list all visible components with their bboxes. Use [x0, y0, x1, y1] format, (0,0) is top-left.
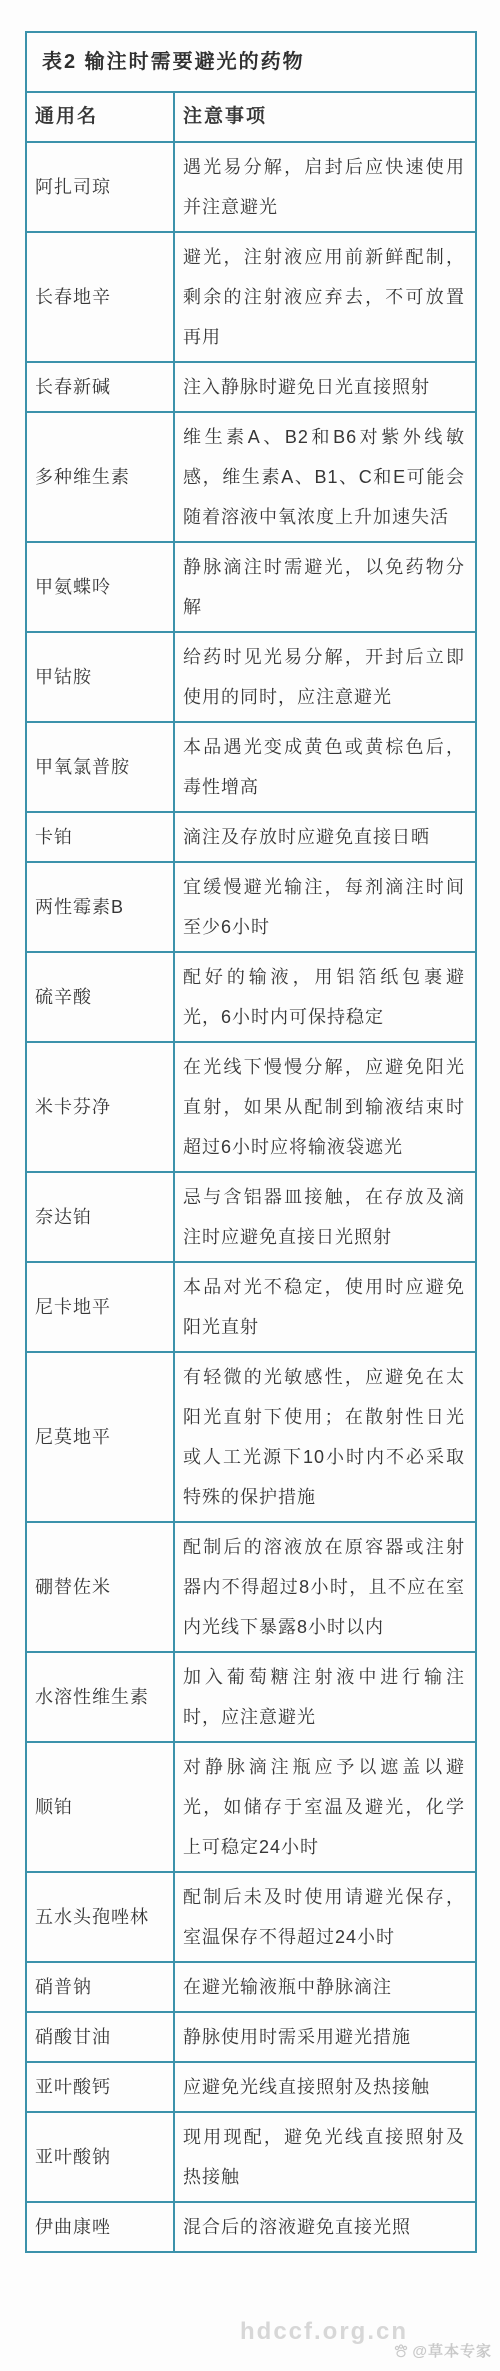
table-row: 硼替佐米 配制后的溶液放在原容器或注射器内不得超过8小时，且不应在室内光线下暴露… — [26, 1522, 476, 1652]
table-row: 硝普钠 在避光输液瓶中静脉滴注 — [26, 1962, 476, 2012]
drug-note-cell: 给药时见光易分解，开封后立即使用的同时，应注意避光 — [174, 632, 476, 722]
drug-note-cell: 有轻微的光敏感性，应避免在太阳光直射下使用；在散射性日光或人工光源下10小时内不… — [174, 1352, 476, 1522]
drug-note-cell: 现用现配，避免光线直接照射及热接触 — [174, 2112, 476, 2202]
drug-note-cell: 加入葡萄糖注射液中进行输注时，应注意避光 — [174, 1652, 476, 1742]
drug-note-cell: 宜缓慢避光输注，每剂滴注时间至少6小时 — [174, 862, 476, 952]
drug-name-cell: 长春新碱 — [26, 362, 174, 412]
paw-icon — [393, 2343, 409, 2359]
drug-note-cell: 配好的输液，用铝箔纸包裹避光，6小时内可保持稳定 — [174, 952, 476, 1042]
table-row: 两性霉素B 宜缓慢避光输注，每剂滴注时间至少6小时 — [26, 862, 476, 952]
drug-note-cell: 本品遇光变成黄色或黄棕色后，毒性增高 — [174, 722, 476, 812]
drug-note-cell: 应避免光线直接照射及热接触 — [174, 2062, 476, 2112]
drug-name-cell: 长春地辛 — [26, 232, 174, 362]
drug-name-cell: 五水头孢唑林 — [26, 1872, 174, 1962]
table-row: 硝酸甘油 静脉使用时需采用避光措施 — [26, 2012, 476, 2062]
drug-name-cell: 硼替佐米 — [26, 1522, 174, 1652]
table-row: 奈达铂 忌与含铝器皿接触，在存放及滴注时应避免直接日光照射 — [26, 1172, 476, 1262]
drug-note-cell: 静脉使用时需采用避光措施 — [174, 2012, 476, 2062]
table-row: 阿扎司琼 遇光易分解，启封后应快速使用并注意避光 — [26, 142, 476, 232]
drug-name-cell: 甲钴胺 — [26, 632, 174, 722]
table-row: 伊曲康唑 混合后的溶液避免直接光照 — [26, 2202, 476, 2252]
drug-note-cell: 对静脉滴注瓶应予以遮盖以避光，如储存于室温及避光，化学上可稳定24小时 — [174, 1742, 476, 1872]
table-row: 尼卡地平 本品对光不稳定，使用时应避免阳光直射 — [26, 1262, 476, 1352]
drug-name-cell: 尼卡地平 — [26, 1262, 174, 1352]
table-row: 硫辛酸 配好的输液，用铝箔纸包裹避光，6小时内可保持稳定 — [26, 952, 476, 1042]
drug-note-cell: 静脉滴注时需避光，以免药物分解 — [174, 542, 476, 632]
drug-note-cell: 配制后未及时使用请避光保存，室温保存不得超过24小时 — [174, 1872, 476, 1962]
drug-name-cell: 甲氧氯普胺 — [26, 722, 174, 812]
table-row: 甲钴胺 给药时见光易分解，开封后立即使用的同时，应注意避光 — [26, 632, 476, 722]
drug-name-cell: 奈达铂 — [26, 1172, 174, 1262]
drug-table-body: 阿扎司琼 遇光易分解，启封后应快速使用并注意避光 长春地辛 避光，注射液应用前新… — [26, 142, 476, 2252]
table-row: 甲氨蝶呤 静脉滴注时需避光，以免药物分解 — [26, 542, 476, 632]
table-title: 表2 输注时需要避光的药物 — [26, 32, 476, 92]
drug-name-cell: 卡铂 — [26, 812, 174, 862]
table-row: 甲氧氯普胺 本品遇光变成黄色或黄棕色后，毒性增高 — [26, 722, 476, 812]
drug-note-cell: 避光，注射液应用前新鲜配制，剩余的注射液应弃去，不可放置再用 — [174, 232, 476, 362]
credit-badge: @草本专家 — [393, 2340, 492, 2361]
drug-name-cell: 多种维生素 — [26, 412, 174, 542]
drug-name-cell: 亚叶酸钠 — [26, 2112, 174, 2202]
table-row: 五水头孢唑林 配制后未及时使用请避光保存，室温保存不得超过24小时 — [26, 1872, 476, 1962]
drug-name-cell: 水溶性维生素 — [26, 1652, 174, 1742]
table-row: 卡铂 滴注及存放时应避免直接日晒 — [26, 812, 476, 862]
col-header-generic-name: 通用名 — [26, 92, 174, 142]
watermark: hdccf.org.cn — [240, 2318, 408, 2346]
drug-name-cell: 硫辛酸 — [26, 952, 174, 1042]
drug-note-cell: 遇光易分解，启封后应快速使用并注意避光 — [174, 142, 476, 232]
table-row: 亚叶酸钙 应避免光线直接照射及热接触 — [26, 2062, 476, 2112]
table-row: 米卡芬净 在光线下慢慢分解，应避免阳光直射，如果从配制到输液结束时超过6小时应将… — [26, 1042, 476, 1172]
drug-name-cell: 硝酸甘油 — [26, 2012, 174, 2062]
table-header-row: 通用名 注意事项 — [26, 92, 476, 142]
drug-name-cell: 甲氨蝶呤 — [26, 542, 174, 632]
drug-note-cell: 维生素A、B2和B6对紫外线敏感，维生素A、B1、C和E可能会随着溶液中氧浓度上… — [174, 412, 476, 542]
drug-note-cell: 注入静脉时避免日光直接照射 — [174, 362, 476, 412]
table-row: 长春新碱 注入静脉时避免日光直接照射 — [26, 362, 476, 412]
drug-note-cell: 配制后的溶液放在原容器或注射器内不得超过8小时，且不应在室内光线下暴露8小时以内 — [174, 1522, 476, 1652]
drug-note-cell: 本品对光不稳定，使用时应避免阳光直射 — [174, 1262, 476, 1352]
drug-name-cell: 尼莫地平 — [26, 1352, 174, 1522]
table-row: 长春地辛 避光，注射液应用前新鲜配制，剩余的注射液应弃去，不可放置再用 — [26, 232, 476, 362]
drug-name-cell: 两性霉素B — [26, 862, 174, 952]
table-row: 尼莫地平 有轻微的光敏感性，应避免在太阳光直射下使用；在散射性日光或人工光源下1… — [26, 1352, 476, 1522]
drug-note-cell: 在避光输液瓶中静脉滴注 — [174, 1962, 476, 2012]
drug-note-cell: 混合后的溶液避免直接光照 — [174, 2202, 476, 2252]
credit-text: @草本专家 — [412, 2340, 492, 2361]
table-title-row: 表2 输注时需要避光的药物 — [26, 32, 476, 92]
drug-name-cell: 伊曲康唑 — [26, 2202, 174, 2252]
drug-name-cell: 硝普钠 — [26, 1962, 174, 2012]
col-header-precautions: 注意事项 — [174, 92, 476, 142]
drug-name-cell: 顺铂 — [26, 1742, 174, 1872]
drug-name-cell: 亚叶酸钙 — [26, 2062, 174, 2112]
drug-name-cell: 阿扎司琼 — [26, 142, 174, 232]
table-row: 亚叶酸钠 现用现配，避免光线直接照射及热接触 — [26, 2112, 476, 2202]
drug-note-cell: 滴注及存放时应避免直接日晒 — [174, 812, 476, 862]
table-row: 顺铂 对静脉滴注瓶应予以遮盖以避光，如储存于室温及避光，化学上可稳定24小时 — [26, 1742, 476, 1872]
drug-note-cell: 在光线下慢慢分解，应避免阳光直射，如果从配制到输液结束时超过6小时应将输液袋遮光 — [174, 1042, 476, 1172]
page: 表2 输注时需要避光的药物 通用名 注意事项 阿扎司琼 遇光易分解，启封后应快速… — [0, 0, 500, 2371]
table-row: 多种维生素 维生素A、B2和B6对紫外线敏感，维生素A、B1、C和E可能会随着溶… — [26, 412, 476, 542]
drug-note-cell: 忌与含铝器皿接触，在存放及滴注时应避免直接日光照射 — [174, 1172, 476, 1262]
table-row: 水溶性维生素 加入葡萄糖注射液中进行输注时，应注意避光 — [26, 1652, 476, 1742]
drug-name-cell: 米卡芬净 — [26, 1042, 174, 1172]
drug-table: 表2 输注时需要避光的药物 通用名 注意事项 阿扎司琼 遇光易分解，启封后应快速… — [25, 31, 477, 2253]
